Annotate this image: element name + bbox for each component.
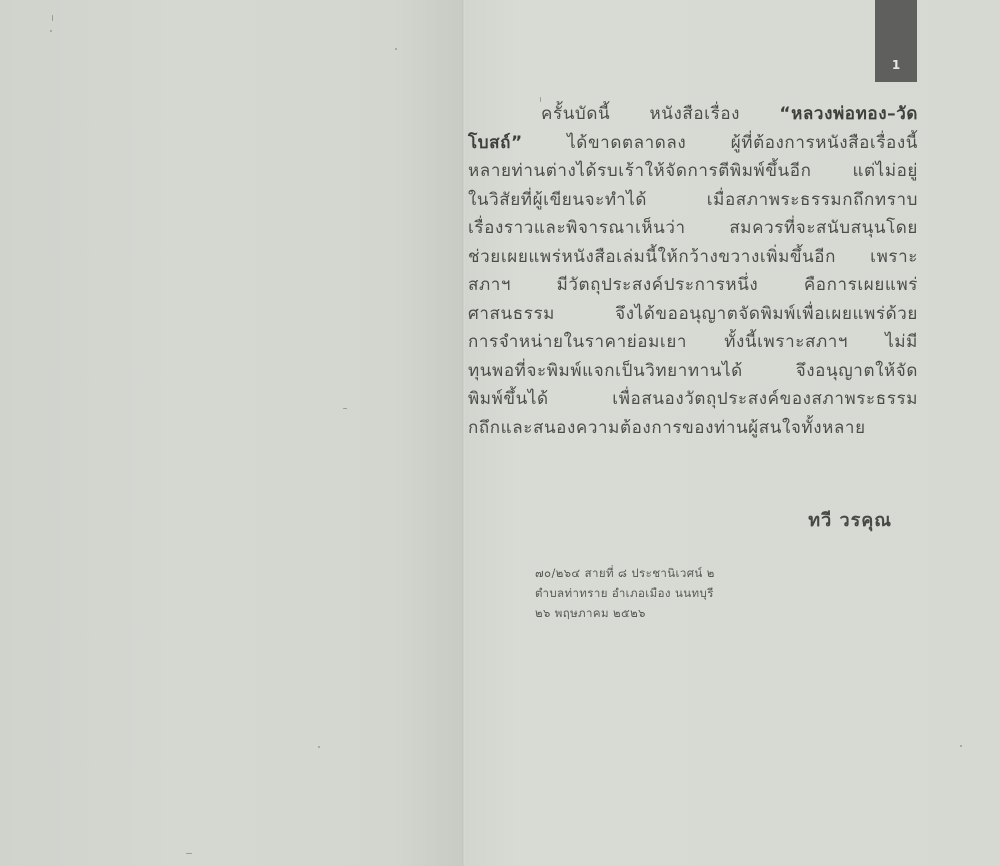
text-line: หลายท่านต่างได้รบเร้าให้จัดการตีพิมพ์ขึ้… xyxy=(468,157,918,186)
text-line: กถึกและสนองความต้องการของท่านผู้สนใจทั้ง… xyxy=(468,414,918,443)
date-line: ๒๖ พฤษภาคม ๒๕๒๖ xyxy=(535,603,715,623)
paper-speck xyxy=(52,15,53,21)
left-page-blank xyxy=(0,0,462,866)
paper-speck xyxy=(186,853,192,854)
preface-paragraph: ครั้นบัดนี้ หนังสือเรื่อง “หลวงพ่อทอง–วั… xyxy=(468,100,918,442)
text-line: ศาสนธรรม จึงได้ขออนุญาตจัดพิมพ์เพื่อเผยแ… xyxy=(468,300,918,329)
page-number: 1 xyxy=(892,58,900,72)
text-line: สภาฯ มีวัตถุประสงค์ประการหนึ่ง คือการเผย… xyxy=(468,271,918,300)
page-number-tab: 1 xyxy=(875,0,917,82)
address-line: ๗๐/๒๖๔ สายที่ ๘ ประชานิเวศน์ ๒ xyxy=(535,563,715,583)
paper-speck xyxy=(540,97,541,102)
author-address: ๗๐/๒๖๔ สายที่ ๘ ประชานิเวศน์ ๒ ตำบลท่าทร… xyxy=(535,563,715,623)
text-line: พิมพ์ขึ้นได้ เพื่อสนองวัตถุประสงค์ของสภา… xyxy=(468,385,918,414)
paper-speck xyxy=(395,48,397,50)
text-line: การจำหน่ายในราคาย่อมเยา ทั้งนี้เพราะสภาฯ… xyxy=(468,328,918,357)
text-line: โบสถ์” ได้ขาดตลาดลง ผู้ที่ต้องการหนังสือ… xyxy=(468,129,918,158)
address-line: ตำบลท่าทราย อำเภอเมือง นนทบุรี xyxy=(535,583,715,603)
text-line: ทุนพอที่จะพิมพ์แจกเป็นวิทยาทานได้ จึงอนุ… xyxy=(468,357,918,386)
text-line: ช่วยเผยแพร่หนังสือเล่มนี้ให้กว้างขวางเพิ… xyxy=(468,243,918,272)
text-line: ครั้นบัดนี้ หนังสือเรื่อง “หลวงพ่อทอง–วั… xyxy=(468,100,918,129)
text-line: ในวิสัยที่ผู้เขียนจะทำได้ เมื่อสภาพระธรร… xyxy=(468,186,918,215)
paper-speck xyxy=(343,408,347,409)
book-spread: 1 ครั้นบัดนี้ หนังสือเรื่อง “หลวงพ่อทอง–… xyxy=(0,0,1000,866)
paper-speck xyxy=(960,745,962,747)
right-page: 1 ครั้นบัดนี้ หนังสือเรื่อง “หลวงพ่อทอง–… xyxy=(465,0,1000,866)
paper-speck xyxy=(50,30,52,32)
paper-speck xyxy=(318,746,320,748)
text-line: เรื่องราวและพิจารณาเห็นว่า สมควรที่จะสนั… xyxy=(468,214,918,243)
author-signature: ทวี วรคุณ xyxy=(808,505,892,534)
